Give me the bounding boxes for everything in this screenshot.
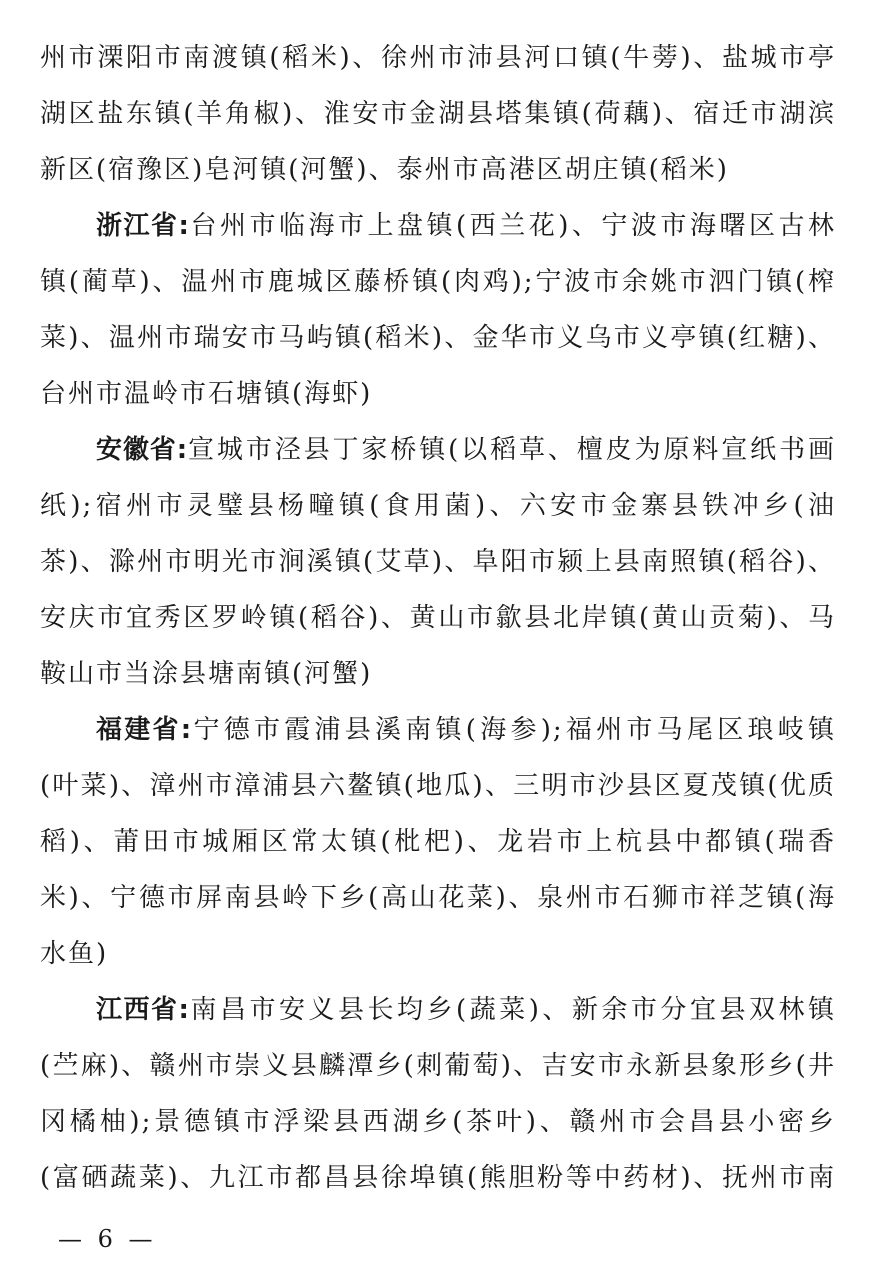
- text-line: 浙江省:台州市临海市上盘镇(西兰花)、宁波市海曙区古林: [40, 198, 836, 254]
- text-line: 安庆市宜秀区罗岭镇(稻谷)、黄山市歙县北岸镇(黄山贡菊)、马: [40, 590, 836, 646]
- province-heading: 福建省:: [96, 715, 191, 745]
- text-line: 台州市温岭市石塘镇(海虾): [40, 366, 836, 422]
- text-line: (叶菜)、漳州市漳浦县六鳌镇(地瓜)、三明市沙县区夏茂镇(优质: [40, 758, 836, 814]
- paragraph-jiangxi: 江西省:南昌市安义县长均乡(蔬菜)、新余市分宜县双林镇 (苎麻)、赣州市崇义县麟…: [40, 982, 836, 1206]
- text-line: 米)、宁德市屏南县岭下乡(高山花菜)、泉州市石狮市祥芝镇(海: [40, 870, 836, 926]
- text-line: 镇(蔺草)、温州市鹿城区藤桥镇(肉鸡);宁波市余姚市泗门镇(榨: [40, 254, 836, 310]
- province-heading: 浙江省:: [96, 211, 189, 241]
- text-line: 冈橘柚);景德镇市浮梁县西湖乡(茶叶)、赣州市会昌县小密乡: [40, 1094, 836, 1150]
- province-heading: 江西省:: [96, 995, 189, 1025]
- text-line: 纸);宿州市灵璧县杨疃镇(食用菌)、六安市金寨县铁冲乡(油: [40, 478, 836, 534]
- text-line-body: 宁德市霞浦县溪南镇(海参);福州市马尾区琅岐镇: [191, 715, 836, 745]
- text-line: 湖区盐东镇(羊角椒)、淮安市金湖县塔集镇(荷藕)、宿迁市湖滨: [40, 86, 836, 142]
- text-line-body: 南昌市安义县长均乡(蔬菜)、新余市分宜县双林镇: [189, 995, 836, 1025]
- text-line-body: 宣城市泾县丁家桥镇(以稻草、檀皮为原料宣纸书画: [187, 435, 836, 465]
- document-page: 州市溧阳市南渡镇(稻米)、徐州市沛县河口镇(牛蒡)、盐城市亭 湖区盐东镇(羊角椒…: [40, 30, 836, 1206]
- paragraph-zhejiang: 浙江省:台州市临海市上盘镇(西兰花)、宁波市海曙区古林 镇(蔺草)、温州市鹿城区…: [40, 198, 836, 422]
- text-line: 茶)、滁州市明光市涧溪镇(艾草)、阜阳市颍上县南照镇(稻谷)、: [40, 534, 836, 590]
- paragraph-fujian: 福建省:宁德市霞浦县溪南镇(海参);福州市马尾区琅岐镇 (叶菜)、漳州市漳浦县六…: [40, 702, 836, 982]
- paragraph-anhui: 安徽省:宣城市泾县丁家桥镇(以稻草、檀皮为原料宣纸书画 纸);宿州市灵璧县杨疃镇…: [40, 422, 836, 702]
- text-line: 江西省:南昌市安义县长均乡(蔬菜)、新余市分宜县双林镇: [40, 982, 836, 1038]
- text-line: 菜)、温州市瑞安市马屿镇(稻米)、金华市义乌市义亭镇(红糖)、: [40, 310, 836, 366]
- text-line: (富硒蔬菜)、九江市都昌县徐埠镇(熊胆粉等中药材)、抚州市南: [40, 1150, 836, 1206]
- paragraph-jiangsu-continued: 州市溧阳市南渡镇(稻米)、徐州市沛县河口镇(牛蒡)、盐城市亭 湖区盐东镇(羊角椒…: [40, 30, 836, 198]
- province-heading: 安徽省:: [96, 435, 187, 465]
- text-line: 州市溧阳市南渡镇(稻米)、徐州市沛县河口镇(牛蒡)、盐城市亭: [40, 30, 836, 86]
- text-line-body: 台州市临海市上盘镇(西兰花)、宁波市海曙区古林: [189, 211, 836, 241]
- text-line: 鞍山市当涂县塘南镇(河蟹): [40, 646, 836, 702]
- text-line: 福建省:宁德市霞浦县溪南镇(海参);福州市马尾区琅岐镇: [40, 702, 836, 758]
- text-line: (苎麻)、赣州市崇义县麟潭乡(刺葡萄)、吉安市永新县象形乡(井: [40, 1038, 836, 1094]
- text-line: 稻)、莆田市城厢区常太镇(枇杷)、龙岩市上杭县中都镇(瑞香: [40, 814, 836, 870]
- page-number: — 6 —: [58, 1225, 157, 1253]
- text-line: 新区(宿豫区)皂河镇(河蟹)、泰州市高港区胡庄镇(稻米): [40, 142, 836, 198]
- text-line: 安徽省:宣城市泾县丁家桥镇(以稻草、檀皮为原料宣纸书画: [40, 422, 836, 478]
- text-line: 水鱼): [40, 926, 836, 982]
